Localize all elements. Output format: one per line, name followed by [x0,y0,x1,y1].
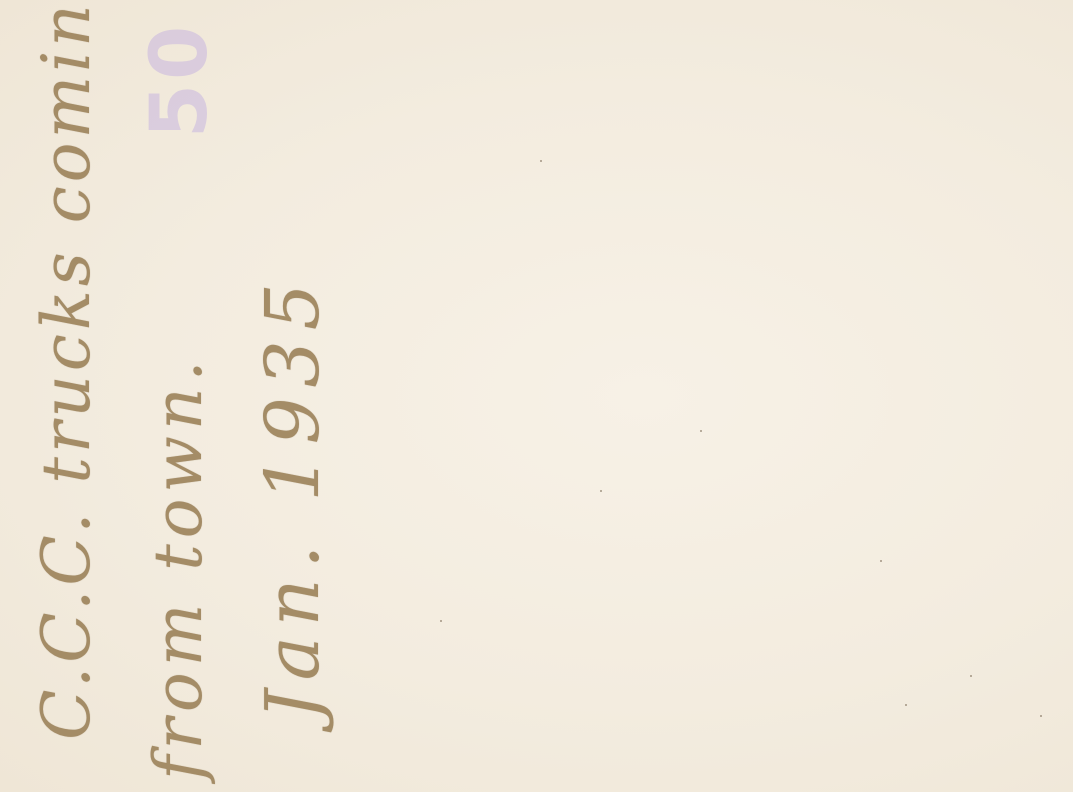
paper-speck [905,704,907,706]
paper-speck [1040,715,1042,717]
paper-speck [440,620,442,622]
paper-speck [600,490,602,492]
paper-speck [880,560,882,562]
paper-speck [700,430,702,432]
paper-speck [540,160,542,162]
photo-back-paper: 50 C.C.C. trucks coming from town. Jan. … [0,0,1073,792]
faded-purple-stamp: 50 [140,10,220,150]
inscription-line-2: from town. [140,354,217,780]
paper-speck [970,675,972,677]
inscription-date: Jan. 1935 [250,273,336,720]
inscription-line-1: C.C.C. trucks coming [28,0,105,740]
